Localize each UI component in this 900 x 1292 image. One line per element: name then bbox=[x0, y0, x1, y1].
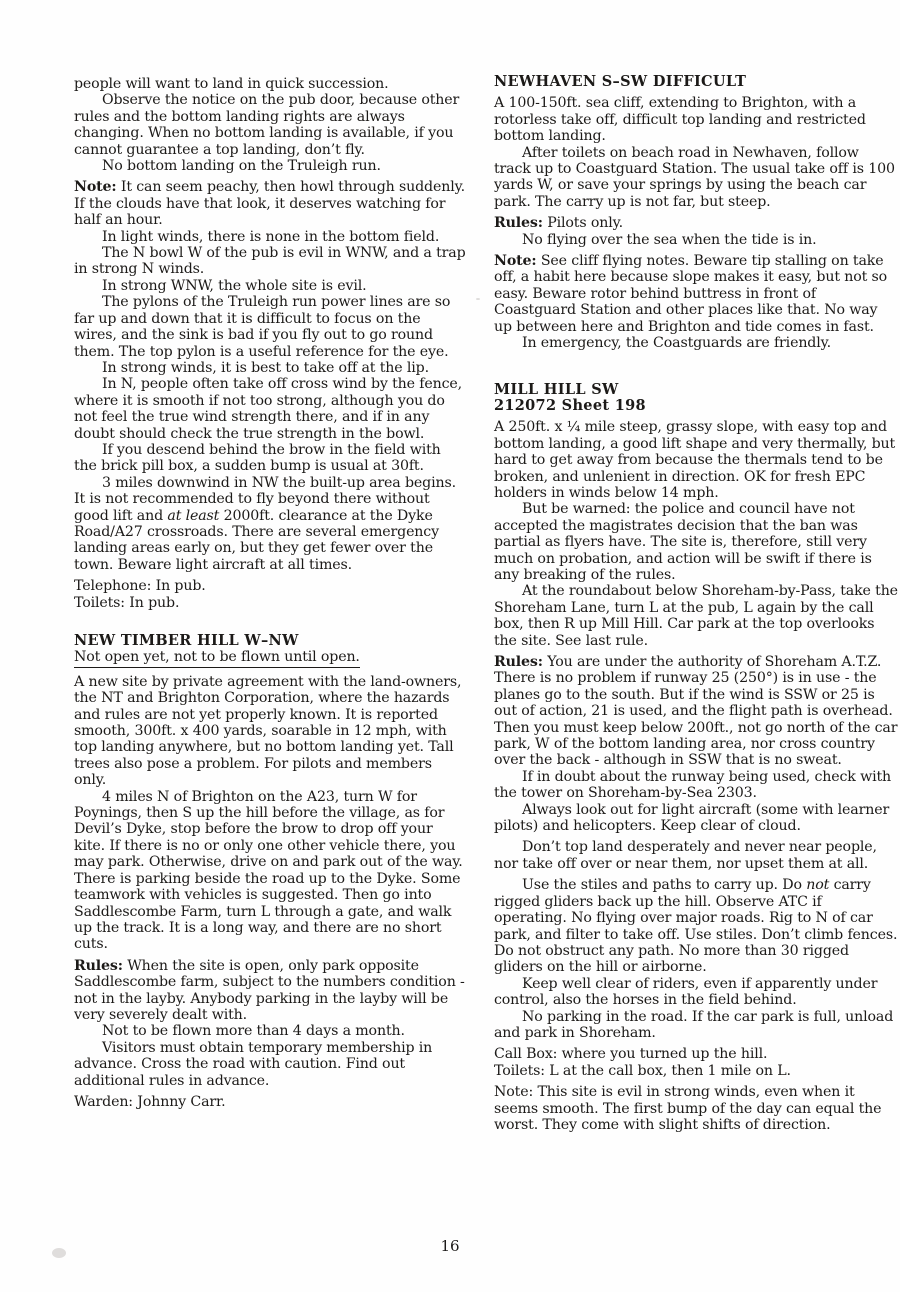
paragraph: No parking in the road. If the car park … bbox=[494, 1009, 898, 1042]
note-label: Note: bbox=[74, 179, 117, 195]
page-number: 16 bbox=[0, 1237, 900, 1255]
paragraph: No flying over the sea when the tide is … bbox=[494, 232, 898, 248]
right-column: NEWHAVEN S–SW DIFFICULT A 100-150ft. sea… bbox=[494, 74, 898, 1133]
site-description: A 100-150ft. sea cliff, extending to Bri… bbox=[494, 95, 898, 144]
paragraph: The pylons of the Truleigh run power lin… bbox=[74, 294, 466, 360]
site-description: A new site by private agreement with the… bbox=[74, 674, 466, 789]
site-directions: At the roundabout below Shoreham-by-Pass… bbox=[494, 583, 898, 649]
paragraph: If in doubt about the runway being used,… bbox=[494, 769, 898, 802]
paragraph: Observe the notice on the pub door, beca… bbox=[74, 92, 466, 158]
paragraph: Always look out for light aircraft (some… bbox=[494, 802, 898, 835]
paragraph: In N, people often take off cross wind b… bbox=[74, 376, 466, 442]
paragraph: people will want to land in quick succes… bbox=[74, 76, 466, 92]
paragraph: Not to be flown more than 4 days a month… bbox=[74, 1023, 466, 1039]
paragraph: In strong winds, it is best to take off … bbox=[74, 360, 466, 376]
site-description: A 250ft. x ¼ mile steep, grassy slope, w… bbox=[494, 419, 898, 501]
rules-paragraph: Rules: Pilots only. bbox=[494, 215, 898, 231]
note-paragraph: Note: See cliff flying notes. Beware tip… bbox=[494, 253, 898, 335]
rules-label: Rules: bbox=[74, 958, 123, 974]
telephone-info: Telephone: In pub. bbox=[74, 578, 466, 594]
paragraph: Don’t top land desperately and never nea… bbox=[494, 839, 898, 872]
site-subtitle: Not open yet, not to be flown until open… bbox=[74, 649, 360, 667]
paragraph: But be warned: the police and council ha… bbox=[494, 501, 898, 583]
final-note: Note: This site is evil in strong winds,… bbox=[494, 1084, 898, 1133]
site-directions: After toilets on beach road in Newhaven,… bbox=[494, 145, 898, 211]
toilets-info: Toilets: L at the call box, then 1 mile … bbox=[494, 1063, 898, 1079]
paragraph: Visitors must obtain temporary membershi… bbox=[74, 1040, 466, 1089]
paragraph: In emergency, the Coastguards are friend… bbox=[494, 335, 898, 351]
grid-reference: 212072 Sheet 198 bbox=[494, 398, 898, 414]
paragraph: In strong WNW, the whole site is evil. bbox=[74, 278, 466, 294]
paragraph: Keep well clear of riders, even if appar… bbox=[494, 976, 898, 1009]
paragraph: Use the stiles and paths to carry up. Do… bbox=[494, 877, 898, 975]
note-label: Note: bbox=[494, 253, 537, 269]
site-title: NEW TIMBER HILL W–NW bbox=[74, 633, 466, 649]
warden-info: Warden: Johnny Carr. bbox=[74, 1094, 466, 1110]
rules-label: Rules: bbox=[494, 654, 543, 670]
scan-speck bbox=[52, 1248, 66, 1258]
scan-speck bbox=[476, 298, 480, 300]
rules-label: Rules: bbox=[494, 215, 543, 231]
left-column: people will want to land in quick succes… bbox=[74, 76, 466, 1110]
paragraph: The N bowl W of the pub is evil in WNW, … bbox=[74, 245, 466, 278]
rules-paragraph: Rules: You are under the authority of Sh… bbox=[494, 654, 898, 769]
site-title: MILL HILL SW bbox=[494, 382, 898, 398]
note-paragraph: Note: It can seem peachy, then howl thro… bbox=[74, 179, 466, 228]
toilets-info: Toilets: In pub. bbox=[74, 595, 466, 611]
paragraph: In light winds, there is none in the bot… bbox=[74, 229, 466, 245]
document-page: people will want to land in quick succes… bbox=[0, 0, 900, 1292]
paragraph: No bottom landing on the Truleigh run. bbox=[74, 158, 466, 174]
rules-paragraph: Rules: When the site is open, only park … bbox=[74, 958, 466, 1024]
site-directions: 4 miles N of Brighton on the A23, turn W… bbox=[74, 789, 466, 953]
paragraph: If you descend behind the brow in the fi… bbox=[74, 442, 466, 475]
paragraph: 3 miles downwind in NW the built-up area… bbox=[74, 475, 466, 573]
site-title: NEWHAVEN S–SW DIFFICULT bbox=[494, 74, 898, 90]
call-box-info: Call Box: where you turned up the hill. bbox=[494, 1046, 898, 1062]
